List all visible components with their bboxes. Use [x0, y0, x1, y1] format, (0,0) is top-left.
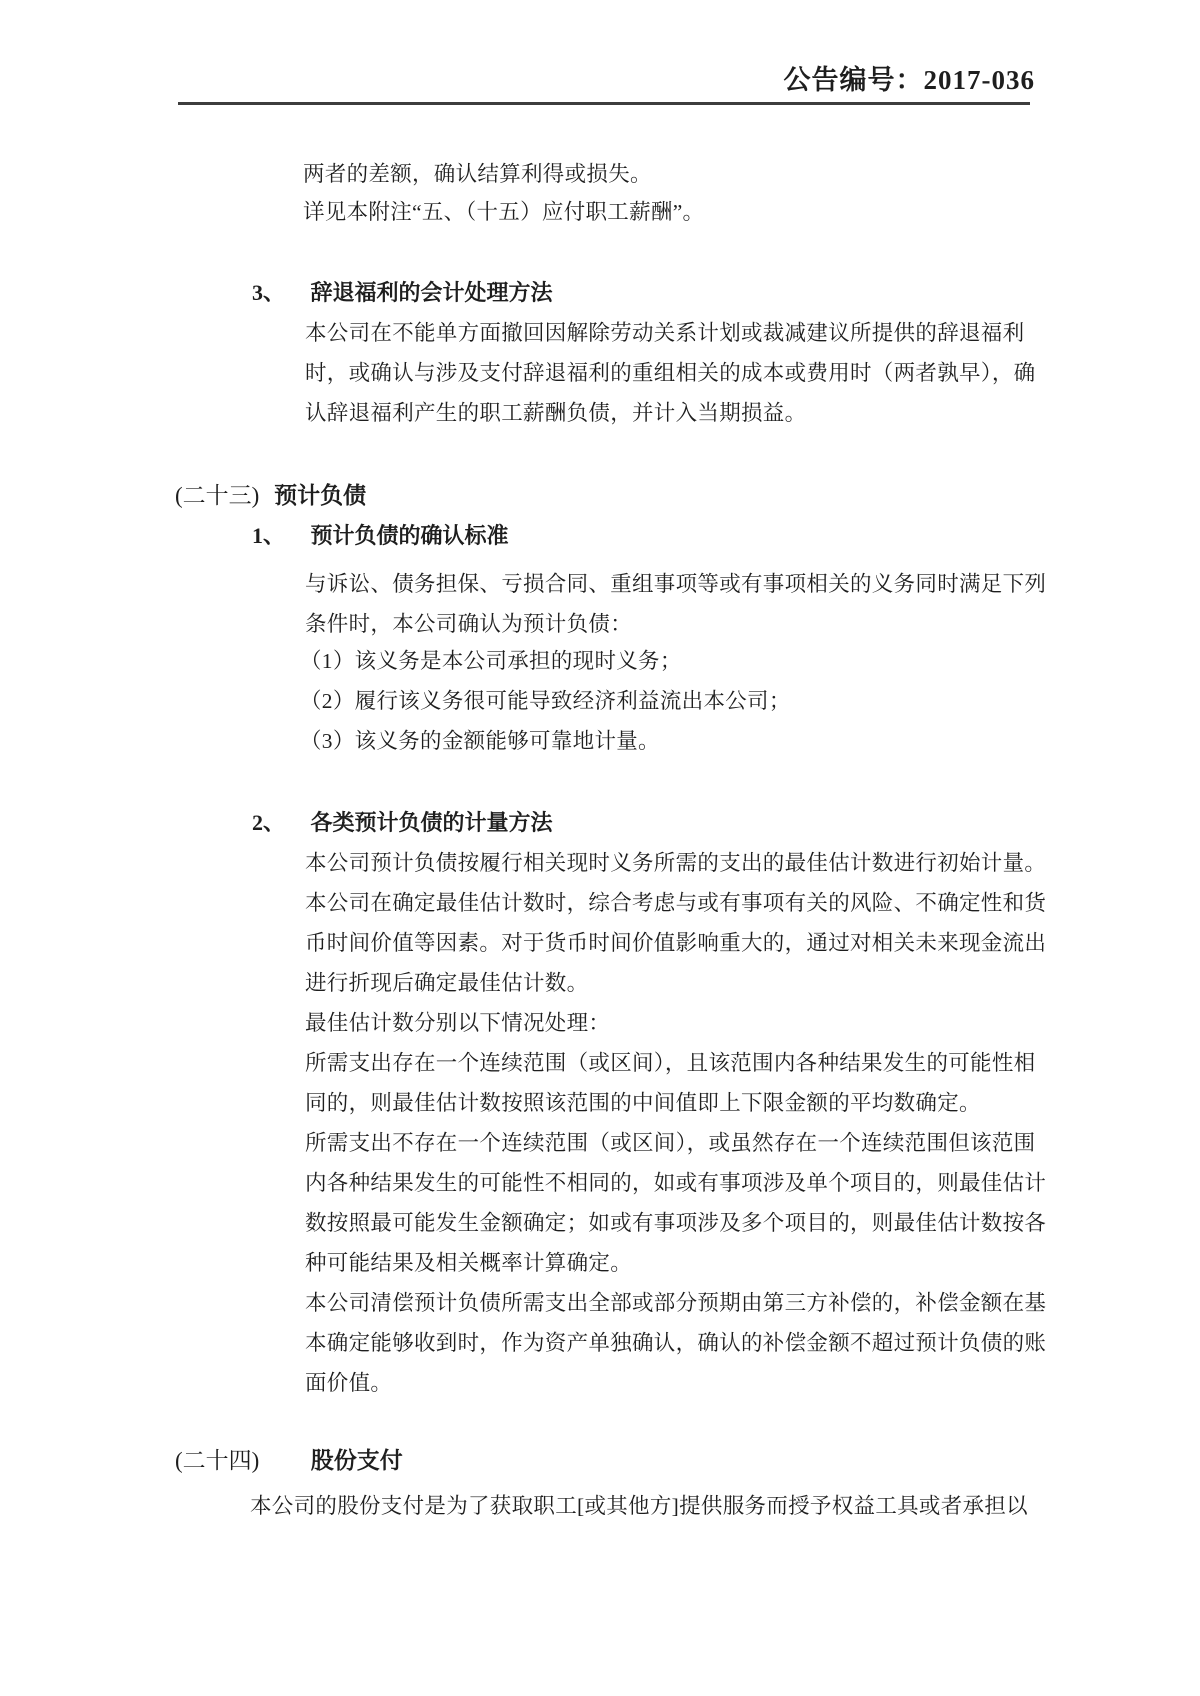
heading-number: 1、 [252, 516, 305, 556]
heading-number: 3、 [252, 273, 305, 313]
list-item: （2）履行该义务很可能导致经济利益流出本公司； [300, 681, 791, 721]
paragraph-line: 本确定能够收到时，作为资产单独确认，确认的补偿金额不超过预计负债的账 [305, 1323, 1037, 1363]
paragraph-line: 本公司清偿预计负债所需支出全部或部分预期由第三方补偿的，补偿金额在基 [305, 1283, 1037, 1323]
paragraph-line: 时，或确认与涉及支付辞退福利的重组相关的成本或费用时（两者孰早），确 [305, 353, 1037, 393]
document-page: 公告编号：2017-036 两者的差额，确认结算利得或损失。 详见本附注“五、（… [0, 0, 1200, 1696]
paragraph-line: 与诉讼、债务担保、亏损合同、重组事项等或有事项相关的义务同时满足下列 [305, 564, 1037, 604]
paragraph-line: 本公司的股份支付是为了获取职工[或其他方]提供服务而授予权益工具或者承担以 [250, 1486, 1040, 1526]
paragraph-line: 数按照最可能发生金额确定；如或有事项涉及多个项目的，则最佳估计数按各 [305, 1203, 1037, 1243]
paragraph-line: 详见本附注“五、（十五）应付职工薪酬”。 [303, 192, 704, 232]
paragraph-line: 两者的差额，确认结算利得或损失。 [303, 154, 652, 194]
heading-title: 辞退福利的会计处理方法 [311, 280, 553, 305]
paragraph-line: 所需支出存在一个连续范围（或区间），且该范围内各种结果发生的可能性相 [305, 1043, 1037, 1083]
paragraph-line: 面价值。 [305, 1363, 1037, 1403]
paragraph: 本公司在不能单方面撤回因解除劳动关系计划或裁减建议所提供的辞退福利 时，或确认与… [305, 313, 1037, 433]
paragraph-line: 种可能结果及相关概率计算确定。 [305, 1243, 1037, 1283]
paragraph-line: 同的，则最佳估计数按照该范围的中间值即上下限金额的平均数确定。 [305, 1083, 1037, 1123]
doc-number: 公告编号：2017-036 [560, 62, 1035, 98]
section-heading-23: (二十三) 预计负债 [175, 476, 366, 516]
paragraph-line: 本公司预计负债按履行相关现时义务所需的支出的最佳估计数进行初始计量。 [305, 843, 1037, 883]
heading-title: 各类预计负债的计量方法 [311, 810, 553, 835]
subsection-heading-23-2: 2、 各类预计负债的计量方法 [252, 803, 553, 843]
heading-title: 预计负债的确认标准 [311, 523, 509, 548]
header-rule [178, 102, 1030, 105]
subsection-heading-23-1: 1、 预计负债的确认标准 [252, 516, 509, 556]
paragraph-line: 本公司在确定最佳估计数时，综合考虑与或有事项有关的风险、不确定性和货 [305, 883, 1037, 923]
paragraph: 本公司预计负债按履行相关现时义务所需的支出的最佳估计数进行初始计量。 本公司在确… [305, 843, 1037, 1403]
paragraph: 本公司的股份支付是为了获取职工[或其他方]提供服务而授予权益工具或者承担以 [250, 1486, 1040, 1526]
paragraph: 与诉讼、债务担保、亏损合同、重组事项等或有事项相关的义务同时满足下列 条件时，本… [305, 564, 1037, 644]
section-title: 预计负债 [274, 483, 366, 508]
paragraph-line: 最佳估计数分别以下情况处理： [305, 1003, 1037, 1043]
list-item: （3）该义务的金额能够可靠地计量。 [300, 721, 660, 761]
list-item: （1）该义务是本公司承担的现时义务； [300, 641, 682, 681]
paragraph-line: 内各种结果发生的可能性不相同的，如或有事项涉及单个项目的，则最佳估计 [305, 1163, 1037, 1203]
paragraph-line: 条件时，本公司确认为预计负债： [305, 604, 1037, 644]
paragraph-line: 认辞退福利产生的职工薪酬负债，并计入当期损益。 [305, 393, 1037, 433]
section-title: 股份支付 [311, 1448, 403, 1473]
subsection-heading-3: 3、 辞退福利的会计处理方法 [252, 273, 553, 313]
section-heading-24: (二十四) 股份支付 [175, 1441, 403, 1481]
paragraph-line: 所需支出不存在一个连续范围（或区间），或虽然存在一个连续范围但该范围 [305, 1123, 1037, 1163]
section-number: (二十三) [175, 483, 259, 508]
paragraph-line: 进行折现后确定最佳估计数。 [305, 963, 1037, 1003]
heading-number: 2、 [252, 803, 305, 843]
section-number: (二十四) [175, 1441, 305, 1481]
paragraph-line: 本公司在不能单方面撤回因解除劳动关系计划或裁减建议所提供的辞退福利 [305, 313, 1037, 353]
paragraph-line: 币时间价值等因素。对于货币时间价值影响重大的，通过对相关未来现金流出 [305, 923, 1037, 963]
